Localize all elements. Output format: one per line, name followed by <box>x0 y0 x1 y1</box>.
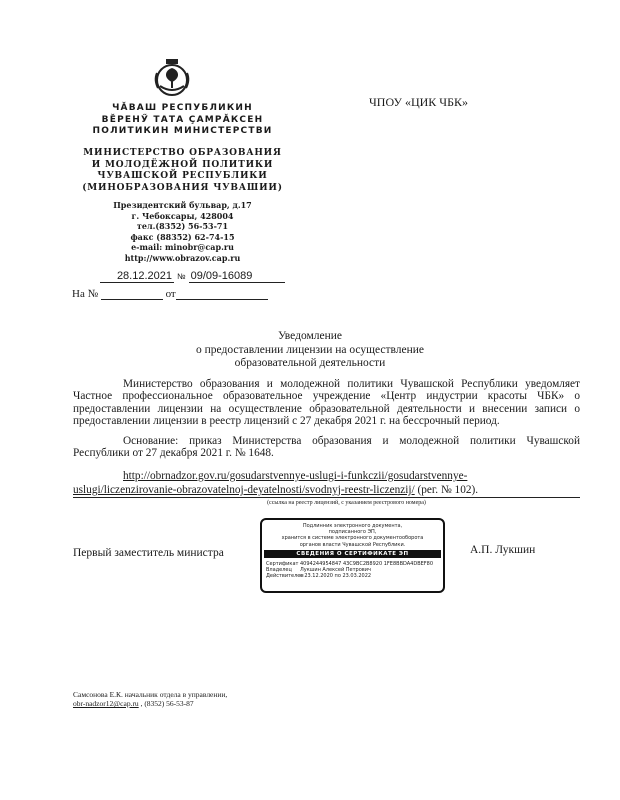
valid-label: Действителен <box>266 573 300 579</box>
address-city: г. Чебоксары, 428004 <box>80 211 285 222</box>
registry-link-block: http://obrnadzor.gov.ru/gosudarstvennye-… <box>73 469 580 497</box>
executor-phone: , (8352) 56-53-87 <box>139 699 194 708</box>
title-line: Уведомление <box>180 330 440 344</box>
letterhead-line: (МИНОБРАЗОВАНИЯ ЧУВАШИИ) <box>80 183 285 195</box>
body-paragraph-notification: Министерство образования и молодежной по… <box>73 378 580 428</box>
ref-number-blank <box>101 289 163 300</box>
phone: тел.(8352) 56-53-71 <box>80 221 285 232</box>
letterhead-line: ЧУВАШСКОЙ РЕСПУБЛИКИ <box>80 171 285 183</box>
electronic-signature-stamp: Подлинник электронного документа, подпис… <box>260 518 445 593</box>
stamp-header-line: хранится в системе электронного документ… <box>266 535 439 541</box>
website: http://www.obrazov.cap.ru <box>80 253 285 264</box>
letterhead-line: ЧĂВАШ РЕСПУБЛИКИН <box>80 103 285 115</box>
stamp-certificate-bar: СВЕДЕНИЯ О СЕРТИФИКАТЕ ЭП <box>264 550 441 558</box>
fax: факс (88352) 62-74-15 <box>80 232 285 243</box>
ref-date-blank <box>176 289 268 300</box>
valid-value: с 23.12.2020 по 23.03.2022 <box>300 573 371 579</box>
number-label: № <box>177 272 186 281</box>
recipient: ЧПОУ «ЦИК ЧБК» <box>369 95 468 110</box>
chuvash-republic-emblem-icon <box>152 58 192 98</box>
executor-footer: Самсонова Е.К. начальник отдела в управл… <box>73 690 227 708</box>
stamp-row-validity: Действителен с 23.12.2020 по 23.03.2022 <box>266 573 439 579</box>
signer-position: Первый заместитель министра <box>73 547 224 559</box>
document-body: Министерство образования и молодежной по… <box>73 378 580 459</box>
registry-number: (рег. № 102). <box>415 484 478 496</box>
letterhead-line: ВĔРЕНӲ ТАТА ÇАМРĂКСЕН <box>80 115 285 127</box>
registration-number: 09/09-16089 <box>189 270 285 283</box>
executor-email[interactable]: obr-nadzor12@cap.ru <box>73 699 139 708</box>
letterhead-line: И МОЛОДЁЖНОЙ ПОЛИТИКИ <box>80 160 285 172</box>
letterhead-chuvash: ЧĂВАШ РЕСПУБЛИКИН ВĔРЕНӲ ТАТА ÇАМРĂКСЕН … <box>80 103 285 138</box>
ref-from-label: от <box>166 288 176 300</box>
document-title: Уведомление о предоставлении лицензии на… <box>180 330 440 371</box>
title-line: образовательной деятельности <box>180 357 440 371</box>
ministry-contacts: Президентский бульвар, д.17 г. Чебоксары… <box>80 200 285 263</box>
letterhead-line: МИНИСТЕРСТВО ОБРАЗОВАНИЯ <box>80 148 285 160</box>
registry-link-part1[interactable]: http://obrnadzor.gov.ru/gosudarstvennye-… <box>123 470 467 482</box>
signer-name: А.П. Лукшин <box>470 544 535 556</box>
letterhead-line: ПОЛИТИКИН МИНИСТЕРСТВИ <box>80 126 285 138</box>
link-underline-rule <box>73 497 580 498</box>
registration-date: 28.12.2021 <box>100 270 174 283</box>
ref-number-label: На № <box>72 288 98 300</box>
body-paragraph-basis: Основание: приказ Министерства образован… <box>73 435 580 460</box>
reference-line: На № от <box>72 288 268 300</box>
registration-line: 28.12.2021№09/09-16089 <box>100 270 285 283</box>
link-caption: (ссылка на реестр лицензий, с указанием … <box>73 500 580 506</box>
title-line: о предоставлении лицензии на осуществлен… <box>180 344 440 358</box>
address-street: Президентский бульвар, д.17 <box>80 200 285 211</box>
stamp-header-line: органов власти Чувашской Республики. <box>266 542 439 548</box>
email: e-mail: minobr@cap.ru <box>80 242 285 253</box>
letterhead-russian: МИНИСТЕРСТВО ОБРАЗОВАНИЯ И МОЛОДЁЖНОЙ ПО… <box>80 148 285 194</box>
registry-link-part2[interactable]: uslugi/liczenzirovanie-obrazovatelnoj-de… <box>73 484 415 496</box>
executor-name: Самсонова Е.К. начальник отдела в управл… <box>73 690 227 699</box>
